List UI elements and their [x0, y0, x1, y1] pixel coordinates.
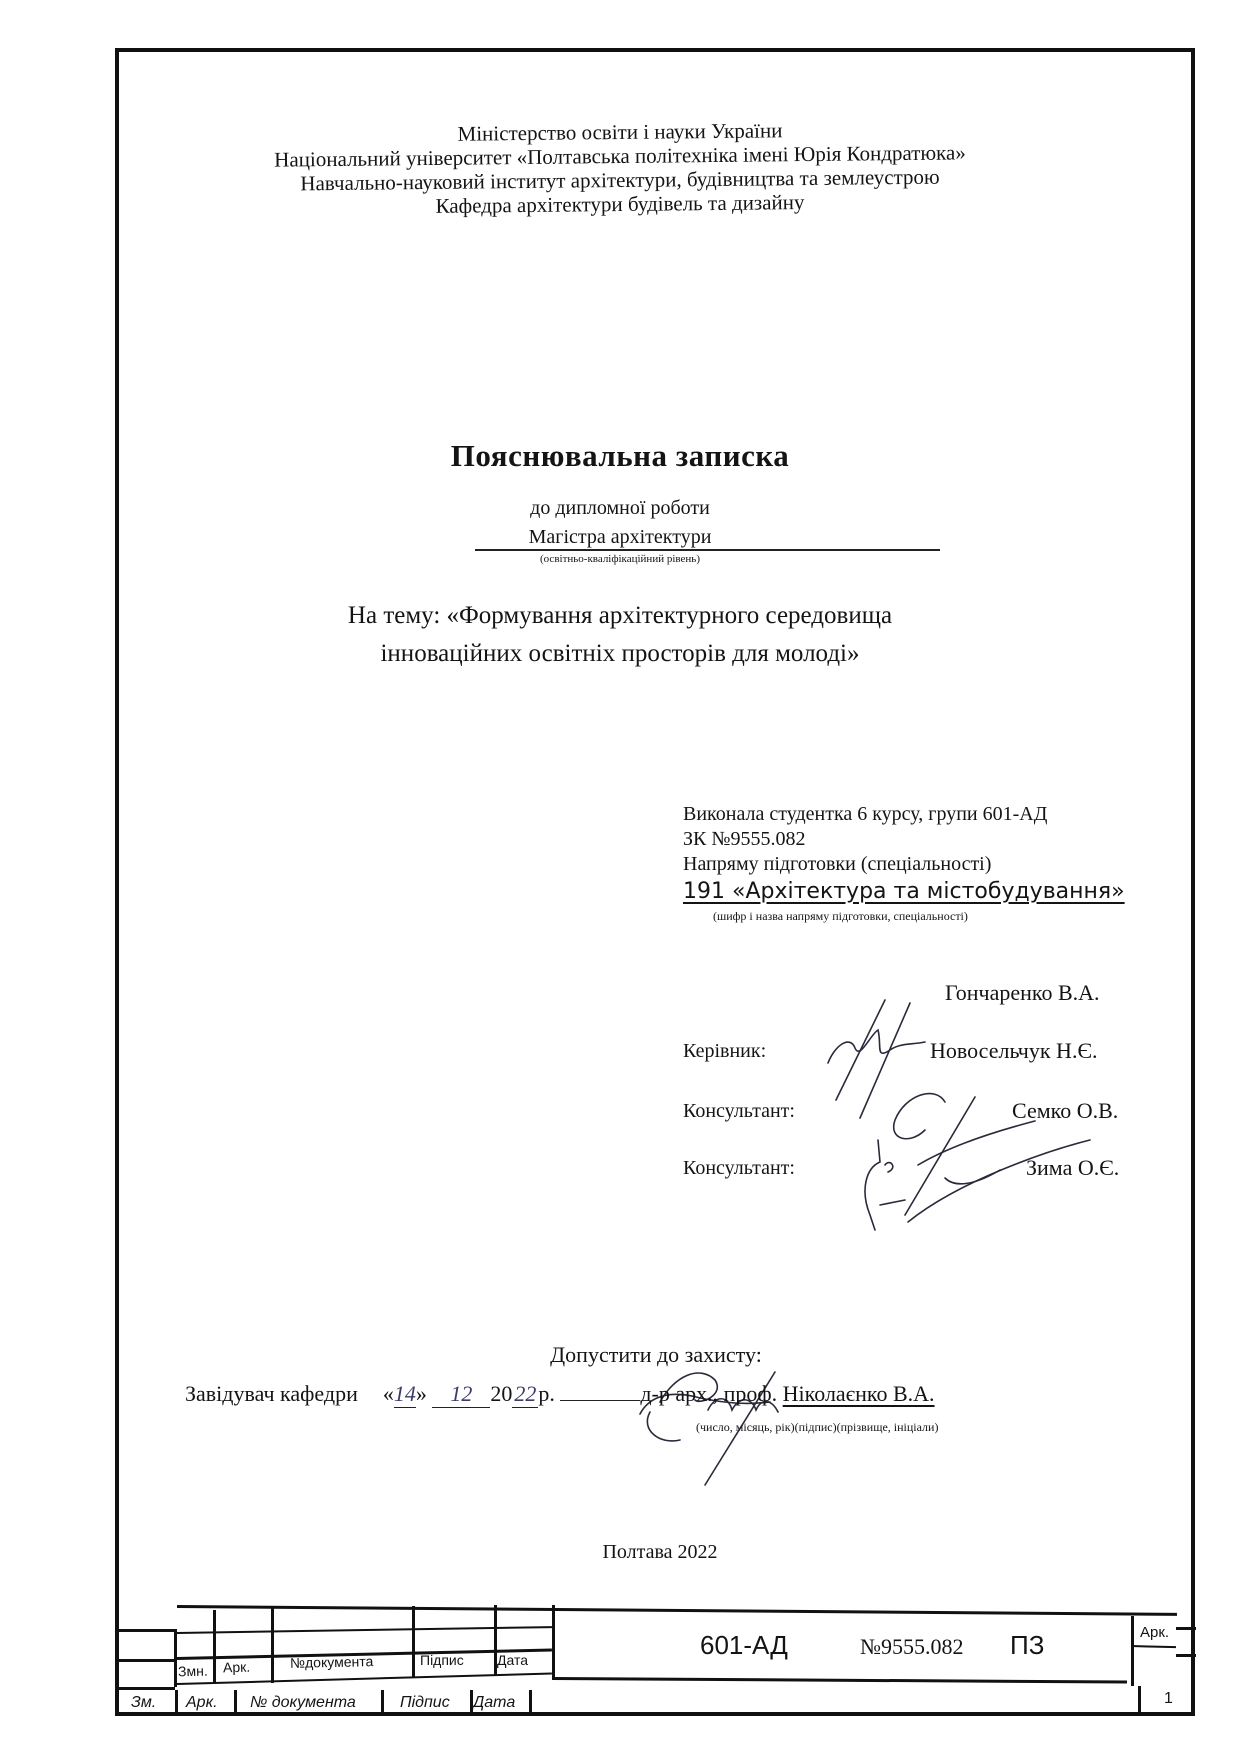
document-type: ПЗ	[1010, 1630, 1044, 1661]
footer-document-no: № документа	[250, 1694, 356, 1712]
signature-line	[560, 1400, 640, 1401]
approval-month: 12	[432, 1381, 490, 1408]
approval-day: 14	[394, 1381, 416, 1408]
sheet-label: Арк.	[1140, 1624, 1169, 1641]
approval-heading: Допустити до захисту:	[0, 1342, 1240, 1368]
sheet-number: 1	[1164, 1690, 1173, 1708]
header-sheet: Арк.	[223, 1659, 251, 1676]
approval-line: Завідувач кафедри «14» 122022р. д-р арх.…	[185, 1381, 935, 1408]
document-code: №9555.082	[860, 1634, 964, 1660]
head-title: д-р арх., проф.	[640, 1381, 777, 1406]
footer-sheet: Арк.	[186, 1694, 218, 1712]
footer-changes: Зм.	[131, 1694, 156, 1712]
header-date: Дата	[497, 1652, 528, 1668]
approval-year-prefix: 20	[490, 1381, 512, 1406]
head-of-department-label: Завідувач кафедри	[185, 1381, 358, 1406]
footer-signature: Підпис	[400, 1694, 450, 1712]
header-signature: Підпис	[420, 1652, 464, 1668]
group-code: 601-АД	[700, 1630, 788, 1661]
approval-year-mark: р.	[538, 1381, 555, 1406]
approval-caption: (число, місяць, рік)(підпис)(прізвище, і…	[696, 1420, 938, 1435]
city-year: Полтава 2022	[0, 1541, 1240, 1564]
header-document-no: №документа	[290, 1653, 374, 1671]
handwritten-signatures	[0, 0, 1240, 1754]
head-name: Ніколаєнко В.А.	[783, 1381, 935, 1406]
header-changes: Змн.	[178, 1663, 208, 1680]
footer-date: Дата	[473, 1694, 515, 1712]
approval-year-suffix: 22	[512, 1381, 538, 1408]
